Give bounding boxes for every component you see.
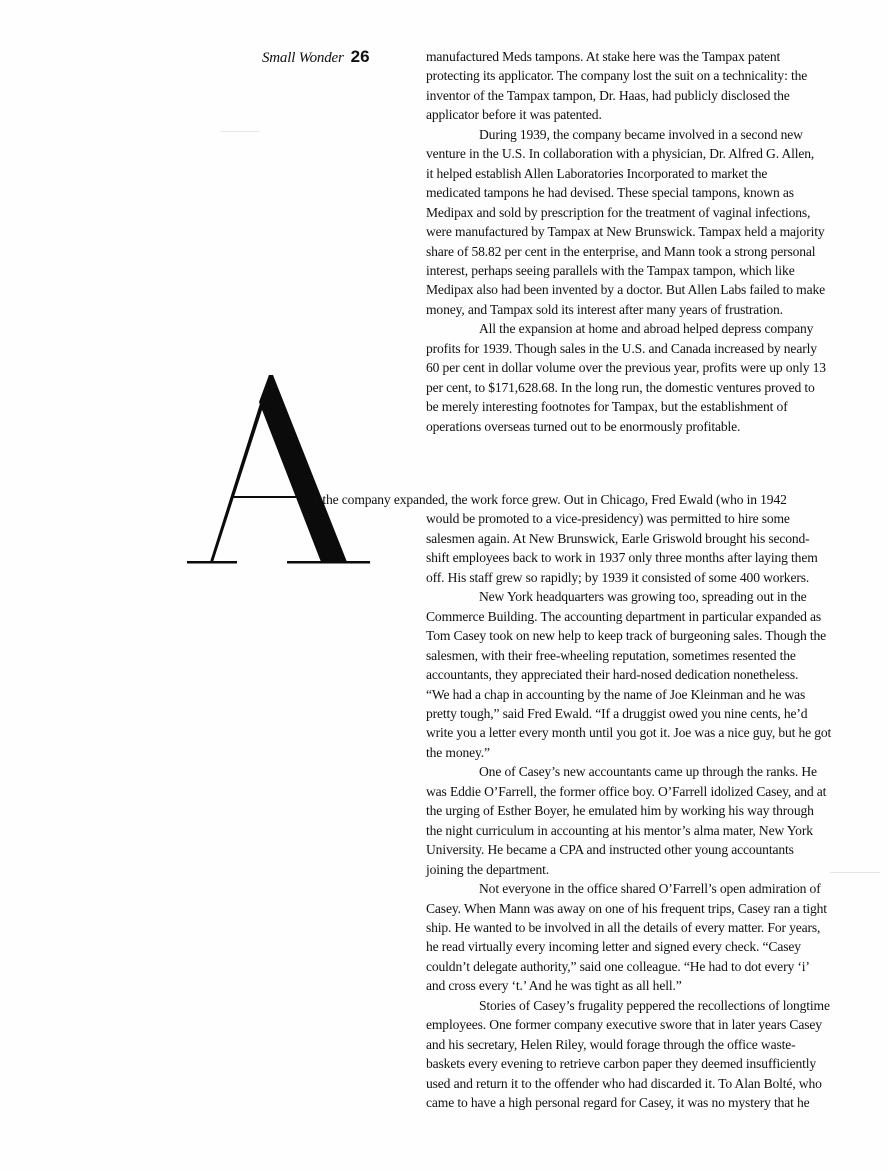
paragraph: One of Casey’s new accountants came up t… [426, 762, 856, 879]
text-line: joining the department. [426, 860, 856, 879]
paragraph: would be promoted to a vice-presidency) … [426, 509, 856, 587]
text-line: “We had a chap in accounting by the name… [426, 685, 856, 704]
text-line: the night curriculum in accounting at hi… [426, 821, 856, 840]
text-line: write you a letter every month until you… [426, 723, 856, 742]
text-line: New York headquarters was growing too, s… [426, 587, 856, 606]
paragraph: New York headquarters was growing too, s… [426, 587, 856, 762]
text-line: he read virtually every incoming letter … [426, 937, 856, 956]
text-line: salesmen again. At New Brunswick, Earle … [426, 529, 856, 548]
running-head: Small Wonder 26 [262, 47, 370, 68]
paragraph: Not everyone in the office shared O’Farr… [426, 879, 856, 996]
paragraph: manufactured Meds tampons. At stake here… [426, 47, 856, 125]
text-line: the urging of Esther Boyer, he emulated … [426, 801, 856, 820]
text-line: be merely interesting footnotes for Tamp… [426, 397, 856, 416]
text-line: inventor of the Tampax tampon, Dr. Haas,… [426, 86, 856, 105]
text-line: protecting its applicator. The company l… [426, 66, 856, 85]
text-line: ship. He wanted to be involved in all th… [426, 918, 856, 937]
text-line: Stories of Casey’s frugality peppered th… [426, 996, 856, 1015]
text-line: accountants, they appreciated their hard… [426, 665, 856, 684]
text-line: off. His staff grew so rapidly; by 1939 … [426, 568, 856, 587]
text-line: One of Casey’s new accountants came up t… [426, 762, 856, 781]
book-title: Small Wonder [262, 50, 344, 66]
text-line: would be promoted to a vice-presidency) … [426, 509, 856, 528]
text-line: it helped establish Allen Laboratories I… [426, 164, 856, 183]
text-line: Medipax and sold by prescription for the… [426, 203, 856, 222]
text-line: were manufactured by Tampax at New Bruns… [426, 222, 856, 241]
text-line: couldn’t delegate authority,” said one c… [426, 957, 856, 976]
text-line: manufactured Meds tampons. At stake here… [426, 47, 856, 66]
text-line: money, and Tampax sold its interest afte… [426, 300, 856, 319]
text-line: the money.” [426, 743, 856, 762]
text-line: interest, perhaps seeing parallels with … [426, 261, 856, 280]
scan-artifact [830, 872, 880, 873]
text-line: was Eddie O’Farrell, the former office b… [426, 782, 856, 801]
text-line: came to have a high personal regard for … [426, 1093, 856, 1112]
text-line: employees. One former company executive … [426, 1015, 856, 1034]
text-line: All the expansion at home and abroad hel… [426, 319, 856, 338]
text-line: and cross every ‘t.’ And he was tight as… [426, 976, 856, 995]
text-line: Not everyone in the office shared O’Farr… [426, 879, 856, 898]
text-line: venture in the U.S. In collaboration wit… [426, 144, 856, 163]
text-line: per cent, to $171,628.68. In the long ru… [426, 378, 856, 397]
book-page: Small Wonder 26 manufactured Meds tampon… [0, 0, 888, 1171]
text-line: During 1939, the company became involved… [426, 125, 856, 144]
text-line: 60 per cent in dollar volume over the pr… [426, 358, 856, 377]
text-line: Casey. When Mann was away on one of his … [426, 899, 856, 918]
page-number: 26 [351, 47, 370, 66]
text-line: used and return it to the offender who h… [426, 1074, 856, 1093]
text-line: pretty tough,” said Fred Ewald. “If a dr… [426, 704, 856, 723]
text-line: medicated tampons he had devised. These … [426, 183, 856, 202]
body-text-bottom: would be promoted to a vice-presidency) … [426, 490, 856, 1112]
paragraph: During 1939, the company became involved… [426, 125, 856, 320]
paragraph: Stories of Casey’s frugality peppered th… [426, 996, 856, 1113]
text-line: profits for 1939. Though sales in the U.… [426, 339, 856, 358]
text-line: Commerce Building. The accounting depart… [426, 607, 856, 626]
text-line: shift employees back to work in 1937 onl… [426, 548, 856, 567]
text-line: University. He became a CPA and instruct… [426, 840, 856, 859]
text-line: operations overseas turned out to be eno… [426, 417, 856, 436]
text-line: baskets every evening to retrieve carbon… [426, 1054, 856, 1073]
scan-artifact [220, 131, 260, 132]
text-line: Medipax also had been invented by a doct… [426, 280, 856, 299]
paragraph: All the expansion at home and abroad hel… [426, 319, 856, 436]
drop-cap-a-icon [185, 370, 375, 570]
body-text-top: manufactured Meds tampons. At stake here… [426, 47, 856, 436]
text-line: applicator before it was patented. [426, 105, 856, 124]
text-line: and his secretary, Helen Riley, would fo… [426, 1035, 856, 1054]
text-line: salesmen, with their free-wheeling reput… [426, 646, 856, 665]
text-line: Tom Casey took on new help to keep track… [426, 626, 856, 645]
text-line: share of 58.82 per cent in the enterpris… [426, 242, 856, 261]
